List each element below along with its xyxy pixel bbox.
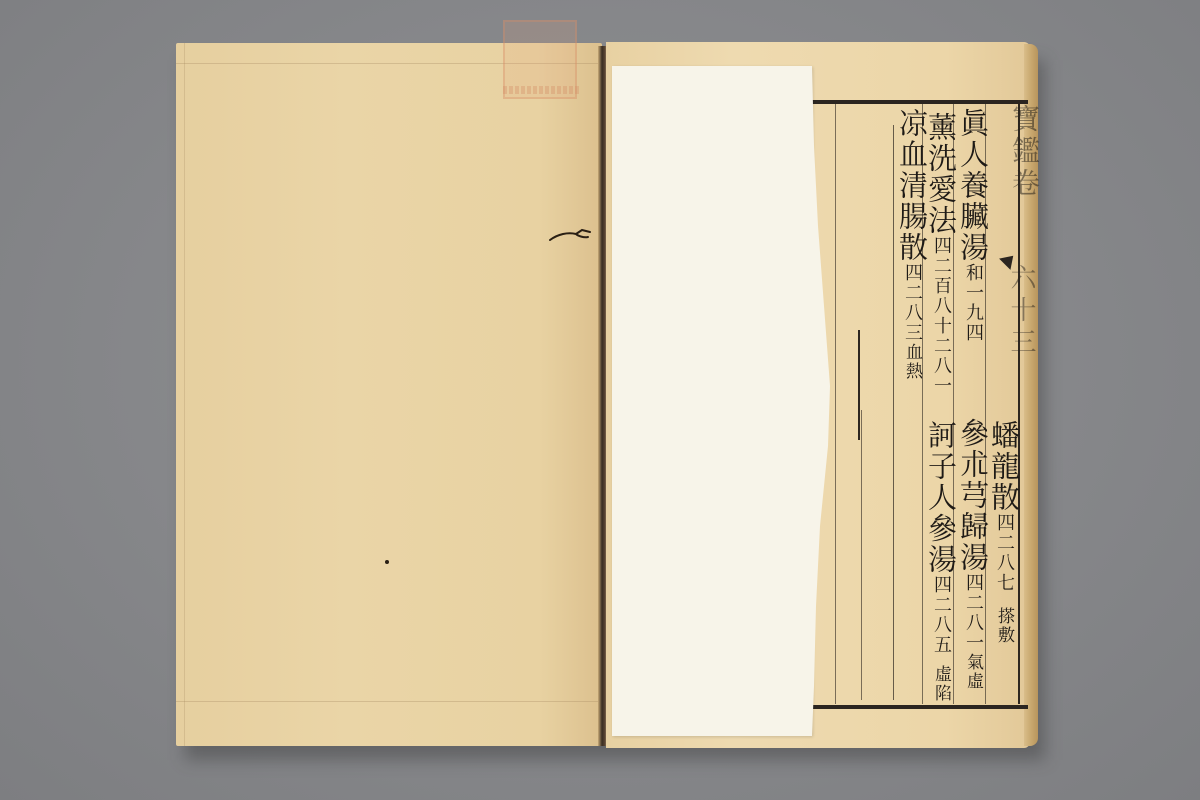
formula-reference: 四二八三	[902, 263, 923, 343]
text-column-6: 訶子人參湯四二八五虛陷	[926, 420, 955, 703]
formula-title: 蟠龍散	[987, 420, 1021, 513]
inserted-blank-slip	[612, 66, 812, 736]
stray-fiber-mark	[548, 226, 598, 244]
library-stamp-label	[503, 86, 581, 94]
ink-speck	[385, 560, 389, 564]
column-rule	[893, 125, 894, 700]
bottom-crease	[176, 701, 602, 702]
left-page	[176, 43, 602, 746]
formula-reference: 四二百八十二八一	[931, 236, 952, 396]
top-border-rule	[810, 100, 1028, 104]
text-column-3: 凉血清腸散四二八三血熱	[897, 108, 926, 381]
formula-reference: 一九四	[963, 283, 984, 343]
page-number: 六十三	[1003, 264, 1040, 360]
text-column-4: 蟠龍散四二八七搽敷	[989, 420, 1018, 645]
formula-note-prefix: 和	[963, 263, 984, 283]
column-rule	[861, 410, 862, 700]
formula-title: 薰洗愛法	[924, 112, 958, 236]
text-column-5: 參朮芎歸湯四二八一氣虛	[958, 418, 987, 691]
text-column-1: 眞人養臟湯和一九四	[958, 108, 987, 343]
formula-indication: 血熱	[902, 343, 922, 381]
formula-title: 訶子人參湯	[924, 420, 958, 575]
formula-indication: 氣虛	[963, 653, 983, 691]
running-head: 寶鑑卷	[1004, 104, 1044, 200]
formula-title: 眞人養臟湯	[956, 108, 990, 263]
slip-torn-edge	[808, 66, 838, 736]
formula-reference: 四二八一	[963, 573, 984, 653]
text-column-2: 薰洗愛法四二百八十二八一	[926, 112, 955, 396]
formula-reference: 四二八五	[931, 575, 952, 655]
formula-title: 凉血清腸散	[895, 108, 929, 263]
formula-reference: 四二八七	[994, 513, 1015, 593]
bottom-border-rule	[810, 705, 1028, 709]
column-rule	[858, 330, 860, 440]
formula-indication: 虛陷	[931, 665, 951, 703]
left-margin-line	[184, 43, 185, 746]
formula-indication: 搽敷	[994, 607, 1014, 645]
formula-title: 參朮芎歸湯	[956, 418, 990, 573]
